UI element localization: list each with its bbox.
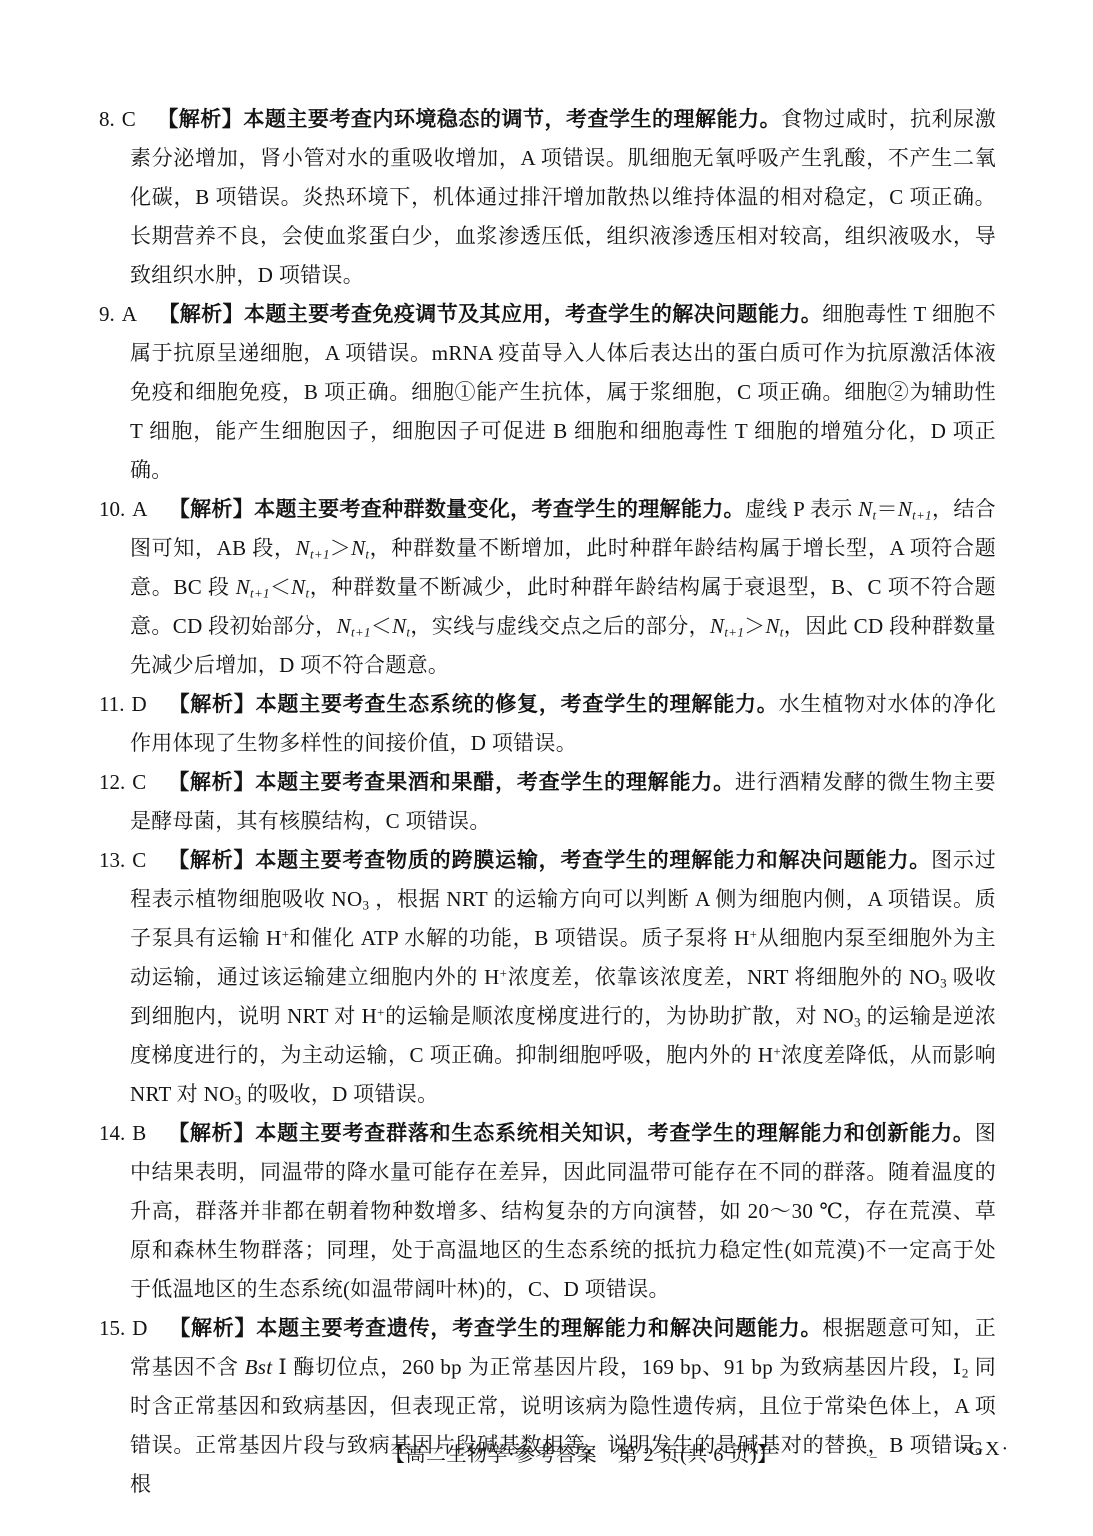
answer-letter: D [131, 692, 146, 716]
italic-symbol: N [710, 614, 724, 638]
italic-symbol: N [392, 614, 406, 638]
italic-symbol: Bst [245, 1355, 273, 1379]
explanation-text-run: ＞ [330, 536, 351, 560]
analysis-lead-text: 【解析】本题主要考查生态系统的修复，考查学生的理解能力。 [168, 692, 779, 716]
explanation-text-run: ＝ [876, 497, 897, 521]
explanation-text-run: 的运输是顺浓度梯度进行的，为协助扩散，对 NO [385, 1004, 854, 1028]
italic-subscript: t+1 [250, 585, 270, 600]
italic-symbol: N [291, 575, 305, 599]
analysis-lead-text: 【解析】本题主要考查内环境稳态的调节，考查学生的理解能力。 [157, 107, 781, 131]
answer-item-8: 8.C【解析】本题主要考查内环境稳态的调节，考查学生的理解能力。食物过咸时，抗利… [99, 100, 996, 295]
italic-symbol: N [858, 497, 872, 521]
question-number: 10. [99, 497, 125, 521]
explanation-text-run: 图中结果表明，同温带的降水量可能存在差异，因此同温带可能存在不同的群落。随着温度… [130, 1121, 996, 1301]
superscript: + [773, 1044, 781, 1059]
subscript: 2 [962, 1365, 969, 1380]
italic-symbol: N [898, 497, 912, 521]
explanation-text-run: 和催化 ATP 水解的功能，B 项错误。质子泵将 H [289, 926, 749, 950]
question-number: 12. [99, 770, 125, 794]
italic-symbol: N [337, 614, 351, 638]
document-page: 8.C【解析】本题主要考查内环境稳态的调节，考查学生的理解能力。食物过咸时，抗利… [0, 0, 1093, 1536]
italic-subscript: t+1 [912, 507, 932, 522]
page-footer: 【高二生物学·参考答案 第 2 页(共 6 页)】 ._ ·GX· [0, 1438, 1093, 1472]
answer-letter: A [122, 302, 137, 326]
subscript: 3 [854, 1014, 861, 1029]
answer-list: 8.C【解析】本题主要考查内环境稳态的调节，考查学生的理解能力。食物过咸时，抗利… [99, 100, 996, 1504]
analysis-lead-text: 【解析】本题主要考查种群数量变化，考查学生的理解能力。 [169, 497, 745, 521]
answer-item-14: 14.B【解析】本题主要考查群落和生态系统相关知识，考查学生的理解能力和创新能力… [99, 1114, 996, 1309]
explanation-text-run: Ⅰ 酶切位点，260 bp 为正常基因片段，169 bp、91 bp 为致病基因… [272, 1355, 962, 1379]
answer-item-11: 11.D【解析】本题主要考查生态系统的修复，考查学生的理解能力。水生植物对水体的… [99, 685, 996, 763]
explanation-text-run: 虚线 P 表示 [745, 497, 858, 521]
answer-letter: B [132, 1121, 146, 1145]
italic-subscript: t+1 [351, 624, 371, 639]
print-artifact-mark: ._ [866, 1444, 878, 1460]
explanation-text-run: 的吸收，D 项错误。 [241, 1082, 438, 1106]
analysis-lead-text: 【解析】本题主要考查遗传，考查学生的理解能力和解决问题能力。 [169, 1316, 823, 1340]
question-number: 9. [99, 302, 115, 326]
answer-item-10: 10.A【解析】本题主要考查种群数量变化，考查学生的理解能力。虚线 P 表示 N… [99, 490, 996, 685]
question-number: 13. [99, 848, 125, 872]
italic-symbol: N [765, 614, 779, 638]
explanation-text-run: ＜ [371, 614, 392, 638]
explanation-text-run: ，实线与虚线交点之后的部分， [410, 614, 710, 638]
answer-letter: C [122, 107, 136, 131]
explanation-text-run: ＜ [270, 575, 291, 599]
question-number: 14. [99, 1121, 125, 1145]
answer-item-9: 9.A【解析】本题主要考查免疫调节及其应用，考查学生的解决问题能力。细胞毒性 T… [99, 295, 996, 490]
explanation-text-run: 食物过咸时，抗利尿激素分泌增加，肾小管对水的重吸收增加，A 项错误。肌细胞无氧呼… [130, 107, 996, 287]
subscript: 3 [940, 975, 947, 990]
italic-symbol: N [296, 536, 310, 560]
answer-letter: D [132, 1316, 147, 1340]
italic-symbol: N [351, 536, 365, 560]
footer-caption: 【高二生物学·参考答案 第 2 页(共 6 页)】 [385, 1438, 777, 1467]
analysis-lead-text: 【解析】本题主要考查果酒和果醋，考查学生的理解能力。 [168, 770, 735, 794]
explanation-text-run: 细胞毒性 T 细胞不属于抗原呈递细胞，A 项错误。mRNA 疫苗导入人体后表达出… [130, 302, 996, 482]
question-number: 8. [99, 107, 115, 131]
question-number: 11. [99, 692, 124, 716]
explanation-text-run: 浓度差，依靠该浓度差，NRT 将细胞外的 NO [507, 965, 940, 989]
analysis-lead-text: 【解析】本题主要考查物质的跨膜运输，考查学生的理解能力和解决问题能力。 [168, 848, 932, 872]
explanation-text-run: ＞ [744, 614, 765, 638]
analysis-lead-text: 【解析】本题主要考查免疫调节及其应用，考查学生的解决问题能力。 [158, 302, 822, 326]
answer-item-13: 13.C【解析】本题主要考查物质的跨膜运输，考查学生的理解能力和解决问题能力。图… [99, 841, 996, 1114]
analysis-lead-text: 【解析】本题主要考查群落和生态系统相关知识，考查学生的理解能力和创新能力。 [168, 1121, 975, 1145]
italic-subscript: t+1 [724, 624, 744, 639]
answer-letter: C [132, 848, 146, 872]
answer-letter: C [132, 770, 146, 794]
footer-exam-code: ·GX· [960, 1438, 1010, 1461]
italic-symbol: N [236, 575, 250, 599]
italic-subscript: t+1 [310, 546, 330, 561]
answer-letter: A [132, 497, 147, 521]
superscript: + [377, 1005, 385, 1020]
answer-item-15: 15.D【解析】本题主要考查遗传，考查学生的理解能力和解决问题能力。根据题意可知… [99, 1309, 996, 1504]
question-number: 15. [99, 1316, 125, 1340]
answer-item-12: 12.C【解析】本题主要考查果酒和果醋，考查学生的理解能力。进行酒精发酵的微生物… [99, 763, 996, 841]
